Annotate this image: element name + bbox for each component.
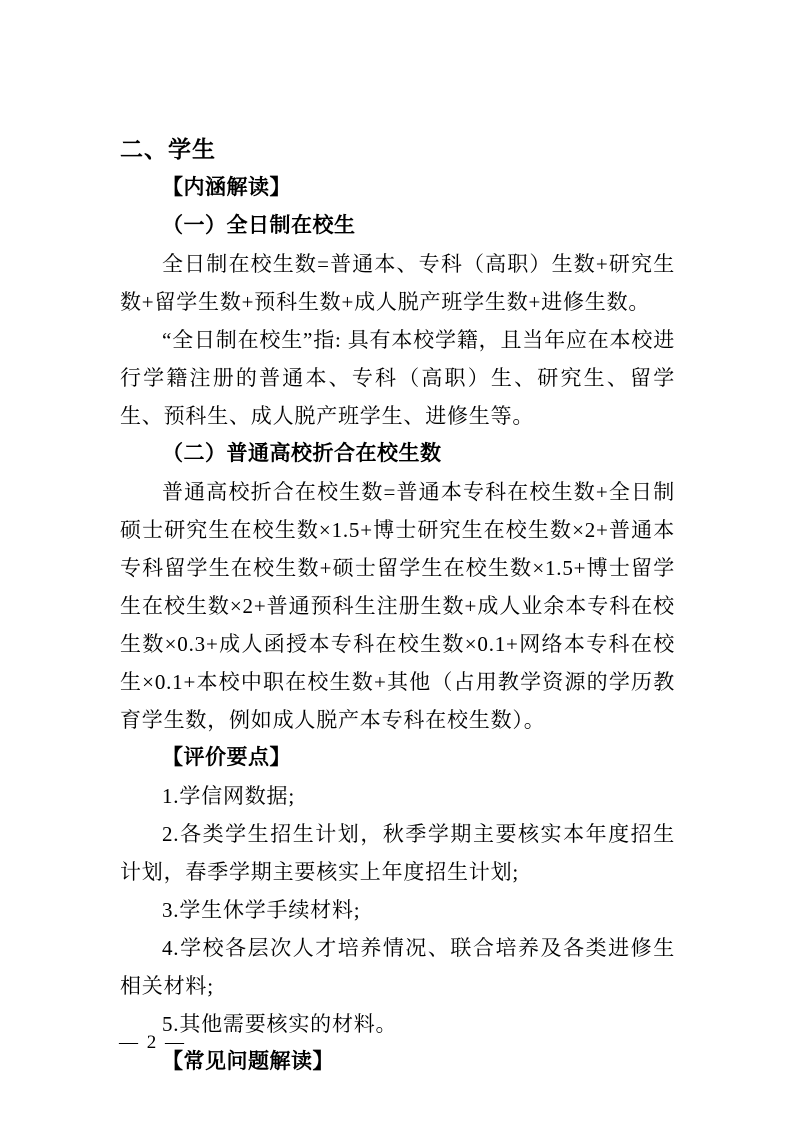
evaluation-point-2: 2.各类学生招生计划，秋季学期主要核实本年度招生计划，春季学期主要核实上年度招生…: [120, 815, 675, 891]
paragraph-fulltime-student-formula: 全日制在校生数=普通本、专科（高职）生数+研究生数+留学生数+预科生数+成人脱产…: [120, 245, 675, 321]
heading-evaluation-points: 【评价要点】: [120, 739, 675, 777]
section-title: 二、学生: [120, 130, 675, 169]
evaluation-point-4: 4.学校各层次人才培养情况、联合培养及各类进修生相关材料;: [120, 929, 675, 1005]
document-page: 二、学生 【内涵解读】 （一）全日制在校生 全日制在校生数=普通本、专科（高职）…: [0, 0, 793, 1122]
subheading-fulltime-enrolled-students: （一）全日制在校生: [120, 207, 675, 245]
evaluation-point-1: 1.学信网数据;: [120, 777, 675, 815]
evaluation-point-3: 3.学生休学手续材料;: [120, 891, 675, 929]
subheading-converted-enrollment-number: （二）普通高校折合在校生数: [120, 435, 675, 473]
paragraph-fulltime-student-definition: “全日制在校生”指: 具有本校学籍，且当年应在本校进行学籍注册的普通本、专科（高…: [120, 321, 675, 435]
heading-connotation-interpretation: 【内涵解读】: [120, 169, 675, 207]
document-content: 二、学生 【内涵解读】 （一）全日制在校生 全日制在校生数=普通本、专科（高职）…: [120, 130, 675, 1081]
paragraph-converted-enrollment-formula: 普通高校折合在校生数=普通本专科在校生数+全日制硕士研究生在校生数×1.5+博士…: [120, 473, 675, 739]
page-number: — 2 —: [119, 1031, 186, 1055]
evaluation-point-5: 5.其他需要核实的材料。: [120, 1005, 675, 1043]
heading-common-questions: 【常见问题解读】: [120, 1043, 675, 1081]
